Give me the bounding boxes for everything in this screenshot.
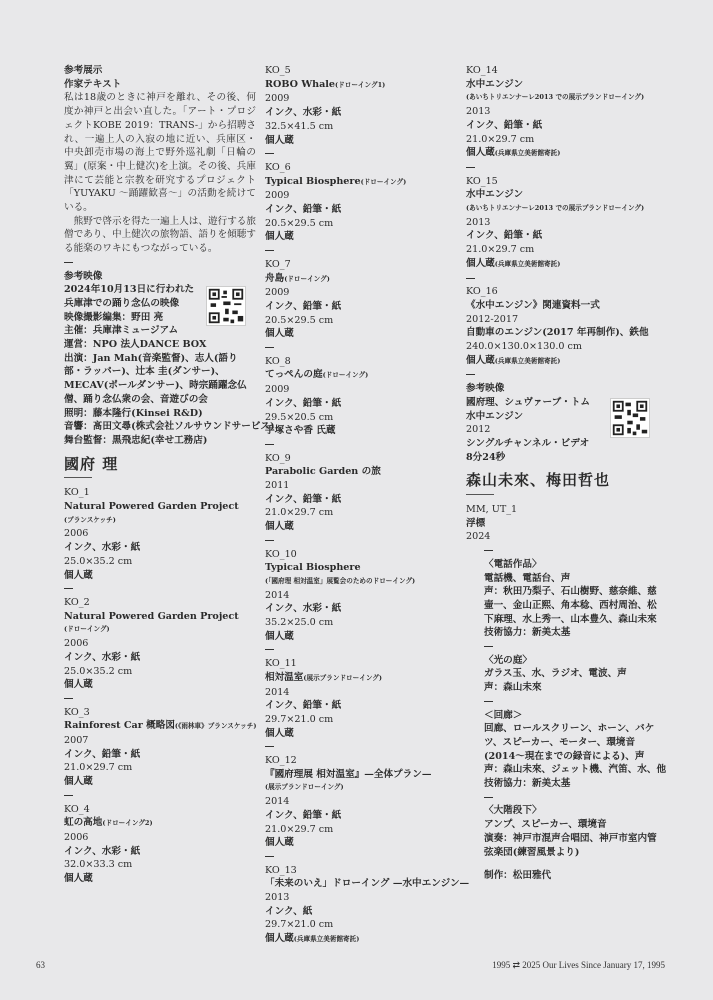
- column-2: KO_5 ROBO Whale(ドローイング1) 2009 インク、水彩・紙 3…: [265, 64, 455, 947]
- work-owner: 個人蔵: [265, 836, 455, 850]
- video-credit-line: 運営：NPO 法人DANCE BOX: [64, 338, 256, 352]
- work-owner-note: (兵庫県立美術館寄託): [495, 149, 561, 157]
- column-1: 参考展示 作家テキスト 私は18歳のときに神戸を離れ、その後、何度か神戸と出会い…: [64, 64, 256, 886]
- section-title: 〈電話作品〉: [484, 558, 658, 572]
- work-size: 21.0×29.7 cm: [265, 506, 455, 520]
- work-note: (ドローイング): [284, 275, 330, 283]
- work-title: Rainforest Car 概略図: [64, 720, 175, 731]
- work-medium: インク、水彩・紙: [64, 845, 256, 859]
- work-entry-ko10: KO_10 Typical Biosphere (「國府理 相対温室」展覧会のた…: [265, 548, 455, 658]
- work-entry-ko1: KO_1 Natural Powered Garden Project (プラン…: [64, 486, 256, 596]
- separator-dash: [64, 256, 256, 270]
- work-owner-note: (兵庫県立美術館寄託): [495, 357, 561, 365]
- work-title: てっぺんの庭: [265, 369, 323, 380]
- reference-video-heading: 参考映像: [466, 382, 658, 396]
- work-owner: 個人蔵: [466, 147, 495, 158]
- work-size: 35.2×25.0 cm: [265, 616, 455, 630]
- work-id: KO_8: [265, 355, 455, 369]
- work-id: KO_2: [64, 596, 256, 610]
- section-line: 技術協力：新美太基: [484, 626, 658, 640]
- video-credit-line: 照明：藤本隆行(Kinsei R&D): [64, 407, 256, 421]
- work-size: 29.5×20.5 cm: [265, 411, 455, 425]
- work-year: 2007: [64, 734, 256, 748]
- work-owner: 個人蔵: [466, 355, 495, 366]
- work-title: 虹の高地: [64, 817, 102, 828]
- work-note: (ドローイング): [64, 623, 256, 637]
- separator-dash: [265, 341, 455, 355]
- video-line: シングルチャンネル・ビデオ: [466, 437, 658, 451]
- work-entry-ko7: KO_7 舟島(ドローイング) 2009 インク、鉛筆・紙 20.5×29.5 …: [265, 258, 455, 355]
- work-medium: インク、水彩・紙: [265, 106, 455, 120]
- work-medium: インク、鉛筆・紙: [265, 203, 455, 217]
- work-id: KO_7: [265, 258, 455, 272]
- work-size: 29.7×21.0 cm: [265, 713, 455, 727]
- work-id: MM, UT_1: [466, 503, 658, 517]
- work-entry-ko5: KO_5 ROBO Whale(ドローイング1) 2009 インク、水彩・紙 3…: [265, 64, 455, 161]
- work-owner: 個人蔵: [265, 933, 294, 944]
- work-note: (「國府理 相対温室」展覧会のためのドローイング): [265, 575, 455, 589]
- work-entry-ko14: KO_14 水中エンジン (あいちトリエンナーレ2013 での展示プランドローイ…: [466, 64, 658, 175]
- work-year: 2009: [265, 189, 455, 203]
- work-id: KO_3: [64, 706, 256, 720]
- work-medium: インク、水彩・紙: [265, 602, 455, 616]
- installation-sections: 〈電話作品〉 電話機、電話台、声 声：秋田乃梨子、石山樹野、慈奈維、慈壷一、金山…: [466, 544, 658, 883]
- section-line: 演奏：神戸市混声合唱団、神戸市室内管弦楽団(練習風景より): [484, 832, 658, 859]
- work-owner: 手塚さや香 氏蔵: [265, 424, 455, 438]
- work-entry-ko15: KO_15 水中エンジン (あいちトリエンナーレ2013 での展示プランドローイ…: [466, 175, 658, 286]
- work-title: Natural Powered Garden Project: [64, 500, 256, 514]
- section-line: 声：森山未來: [484, 681, 658, 695]
- work-owner: 個人蔵: [64, 569, 256, 583]
- work-medium: インク、鉛筆・紙: [265, 493, 455, 507]
- work-year: 2009: [265, 286, 455, 300]
- work-id: KO_16: [466, 285, 658, 299]
- work-title: 浮標: [466, 517, 658, 531]
- work-owner: 個人蔵: [265, 134, 455, 148]
- separator-dash: [64, 582, 256, 596]
- work-size: 21.0×29.7 cm: [466, 243, 658, 257]
- artist-text-heading: 作家テキスト: [64, 78, 256, 92]
- work-id: KO_5: [265, 64, 455, 78]
- video-line: 8分24秒: [466, 451, 658, 465]
- work-medium: インク、鉛筆・紙: [466, 229, 658, 243]
- work-size: 21.0×29.7 cm: [64, 761, 256, 775]
- work-title: 水中エンジン: [466, 78, 658, 92]
- section-line: 声：森山未來、ジェット機、汽笛、水、他: [484, 763, 658, 777]
- work-entry-ko8: KO_8 てっぺんの庭(ドローイング) 2009 インク、鉛筆・紙 29.5×2…: [265, 355, 455, 452]
- work-entry-ko9: KO_9 Parabolic Garden の旅 2011 インク、鉛筆・紙 2…: [265, 452, 455, 548]
- work-owner: 個人蔵: [265, 520, 455, 534]
- work-entry-ko12: KO_12 『國府理展 相対温室』—全体プラン— (展示プランドローイング) 2…: [265, 754, 455, 864]
- work-year: 2013: [265, 891, 455, 905]
- work-note: (ドローイング1): [335, 81, 385, 89]
- separator-dash: [265, 438, 455, 452]
- work-year: 2014: [265, 795, 455, 809]
- work-year: 2009: [265, 383, 455, 397]
- work-title: Typical Biosphere: [265, 561, 455, 575]
- reference-video-block: 参考映像 2024年10月13日に行われた 兵庫津での踊り念仏の映像 映像撮影編…: [64, 270, 256, 448]
- qr-code-icon[interactable]: [610, 398, 650, 438]
- work-id: KO_1: [64, 486, 256, 500]
- footer-title: 1995 ⇄ 2025 Our Lives Since January 17, …: [492, 960, 665, 971]
- qr-code-icon[interactable]: [206, 286, 246, 326]
- section-line: 電話機、電話台、声: [484, 572, 658, 586]
- section-line: ガラス玉、水、ラジオ、電波、声: [484, 667, 658, 681]
- work-year: 2014: [265, 686, 455, 700]
- work-owner: 個人蔵: [64, 678, 256, 692]
- work-owner: 個人蔵: [265, 230, 455, 244]
- video-credit-line: 舞台監督：黒飛忠紀(幸せ工務店): [64, 434, 256, 448]
- work-size: 32.5×41.5 cm: [265, 120, 455, 134]
- work-year: 2011: [265, 479, 455, 493]
- separator-dash: [484, 791, 658, 805]
- work-entry-ko16: KO_16 《水中エンジン》関連資料一式 2012-2017 自動車のエンジン(…: [466, 285, 658, 382]
- work-size: 240.0×130.0×130.0 cm: [466, 340, 658, 354]
- section-title: 〈光の庭〉: [484, 654, 658, 668]
- artist-name-moriyama-umeda: 森山未來、梅田哲也: [466, 474, 658, 488]
- separator-dash: [64, 789, 256, 803]
- work-note: (プランスケッチ): [64, 514, 256, 528]
- section-line: 技術協力：新美太基: [484, 777, 658, 791]
- page-number: 63: [36, 960, 45, 970]
- work-size: 20.5×29.5 cm: [265, 217, 455, 231]
- section-line: 回廊、ロールスクリーン、ホーン、バケツ、スピーカー、モーター、環境音(2014〜…: [484, 722, 658, 763]
- work-title: ROBO Whale: [265, 79, 335, 90]
- work-id: KO_13: [265, 864, 455, 878]
- work-note: (ドローイング2): [102, 819, 152, 827]
- work-medium: インク、鉛筆・紙: [466, 119, 658, 133]
- work-owner: 個人蔵: [265, 630, 455, 644]
- section-line: アンプ、スピーカー、環境音: [484, 818, 658, 832]
- work-medium: インク、水彩・紙: [64, 651, 256, 665]
- work-owner: 個人蔵: [466, 258, 495, 269]
- work-owner: 個人蔵: [64, 872, 256, 886]
- work-year: 2006: [64, 831, 256, 845]
- work-size: 21.0×29.7 cm: [466, 133, 658, 147]
- work-year: 2024: [466, 530, 658, 544]
- work-entry-ko11: KO_11 相対温室(展示プランドローイング) 2014 インク、鉛筆・紙 29…: [265, 657, 455, 754]
- work-entry-ko6: KO_6 Typical Biosphere(ドローイング) 2009 インク、…: [265, 161, 455, 258]
- work-size: 25.0×35.2 cm: [64, 555, 256, 569]
- work-size: 20.5×29.5 cm: [265, 314, 455, 328]
- separator-dash: [64, 692, 256, 706]
- work-note: (展示プランドローイング): [303, 674, 382, 682]
- work-entry-ko3: KO_3 Rainforest Car 概略図(《雨林車》プランスケッチ) 20…: [64, 706, 256, 803]
- work-entry-ko2: KO_2 Natural Powered Garden Project (ドロー…: [64, 596, 256, 706]
- work-id: KO_14: [466, 64, 658, 78]
- separator-dash: [265, 850, 455, 864]
- section-line: 声：秋田乃梨子、石山樹野、慈奈維、慈壷一、金山正熙、角本稔、西村周治、松下麻理、…: [484, 585, 658, 626]
- work-medium: インク、鉛筆・紙: [265, 809, 455, 823]
- work-medium: インク、紙: [265, 905, 455, 919]
- separator-dash: [484, 544, 658, 558]
- work-id: KO_15: [466, 175, 658, 189]
- work-year: 2009: [265, 92, 455, 106]
- artist-text-paragraph-2: 熊野で啓示を得た一遍上人は、遊行する旅僧であり、中上健次の旅物語、語りを傾聴する…: [64, 215, 256, 256]
- work-year: 2006: [64, 637, 256, 651]
- work-size: 21.0×29.7 cm: [265, 823, 455, 837]
- reference-video-block-2: 参考映像 國府理、シュヴァーブ・トム 水中エンジン 2012 シングルチャンネル…: [466, 382, 658, 464]
- section-title: ＜回廊＞: [484, 709, 658, 723]
- work-title: 「未来のいえ」ドローイング —水中エンジン—: [265, 877, 455, 891]
- work-owner: 個人蔵: [64, 775, 256, 789]
- work-year: 2012-2017: [466, 313, 658, 327]
- work-year: 2014: [265, 589, 455, 603]
- work-id: KO_4: [64, 803, 256, 817]
- work-note: (展示プランドローイング): [265, 781, 455, 795]
- work-id: KO_12: [265, 754, 455, 768]
- work-owner-note: (兵庫県立美術館寄託): [495, 260, 561, 268]
- work-title: 相対温室: [265, 672, 303, 683]
- section-title: 〈大階段下〉: [484, 804, 658, 818]
- artist-name-kokufu: 國府 理: [64, 458, 256, 472]
- separator-dash: [466, 272, 658, 286]
- work-id: KO_11: [265, 657, 455, 671]
- work-note: (《雨林車》プランスケッチ): [175, 722, 257, 730]
- work-medium: インク、鉛筆・紙: [64, 748, 256, 762]
- work-title: 舟島: [265, 273, 284, 284]
- work-note: (ドローイング): [361, 178, 407, 186]
- video-credit-line: 出演：Jan Mah(音楽監督)、志人(語り部・ラッパー)、辻本 圭(ダンサー)…: [64, 352, 256, 407]
- work-year: 2013: [466, 105, 658, 119]
- work-owner: 個人蔵: [265, 327, 455, 341]
- separator-dash: [484, 695, 658, 709]
- work-entry-ko4: KO_4 虹の高地(ドローイング2) 2006 インク、水彩・紙 32.0×33…: [64, 803, 256, 886]
- work-id: KO_9: [265, 452, 455, 466]
- separator-dash: [265, 147, 455, 161]
- separator-dash: [265, 643, 455, 657]
- reference-video-heading: 参考映像: [64, 270, 256, 284]
- video-credit-line: 音響：髙田文尋(株式会社ソルサウンドサービス): [64, 420, 256, 434]
- work-medium: インク、水彩・紙: [64, 541, 256, 555]
- work-medium: 自動車のエンジン(2017 年再制作)、鉄他: [466, 326, 658, 340]
- artist-rule: [466, 494, 494, 495]
- work-medium: インク、鉛筆・紙: [265, 699, 455, 713]
- work-medium: インク、鉛筆・紙: [265, 300, 455, 314]
- production-credit: 制作：松田雅代: [484, 869, 658, 883]
- separator-dash: [484, 640, 658, 654]
- work-id: KO_10: [265, 548, 455, 562]
- work-owner: 個人蔵: [265, 727, 455, 741]
- work-medium: インク、鉛筆・紙: [265, 397, 455, 411]
- reference-exhibit-heading: 参考展示: [64, 64, 256, 78]
- work-note: (ドローイング): [323, 371, 369, 379]
- video-credit-line: 主催：兵庫津ミュージアム: [64, 324, 256, 338]
- separator-dash: [265, 740, 455, 754]
- work-title: Natural Powered Garden Project: [64, 610, 256, 624]
- work-title: Typical Biosphere: [265, 176, 361, 187]
- work-title: Parabolic Garden の旅: [265, 465, 455, 479]
- artist-rule: [64, 477, 92, 478]
- separator-dash: [466, 368, 658, 382]
- work-owner-note: (兵庫県立美術館寄託): [294, 935, 360, 943]
- work-title: 《水中エンジン》関連資料一式: [466, 299, 658, 313]
- artist-text-paragraph-1: 私は18歳のときに神戸を離れ、その後、何度か神戸と出会い直した。「アート・プロジ…: [64, 91, 256, 214]
- column-3: KO_14 水中エンジン (あいちトリエンナーレ2013 での展示プランドローイ…: [466, 64, 658, 883]
- separator-dash: [466, 161, 658, 175]
- work-year: 2013: [466, 216, 658, 230]
- work-size: 25.0×35.2 cm: [64, 665, 256, 679]
- separator-dash: [265, 244, 455, 258]
- work-note: (あいちトリエンナーレ2013 での展示プランドローイング): [466, 91, 658, 105]
- separator-dash: [265, 534, 455, 548]
- work-size: 32.0×33.3 cm: [64, 858, 256, 872]
- work-size: 29.7×21.0 cm: [265, 918, 455, 932]
- work-entry-ko13: KO_13 「未来のいえ」ドローイング —水中エンジン— 2013 インク、紙 …: [265, 864, 455, 947]
- work-title: 水中エンジン: [466, 188, 658, 202]
- work-year: 2006: [64, 527, 256, 541]
- work-title: 『國府理展 相対温室』—全体プラン—: [265, 768, 455, 782]
- work-note: (あいちトリエンナーレ2013 での展示プランドローイング): [466, 202, 658, 216]
- work-id: KO_6: [265, 161, 455, 175]
